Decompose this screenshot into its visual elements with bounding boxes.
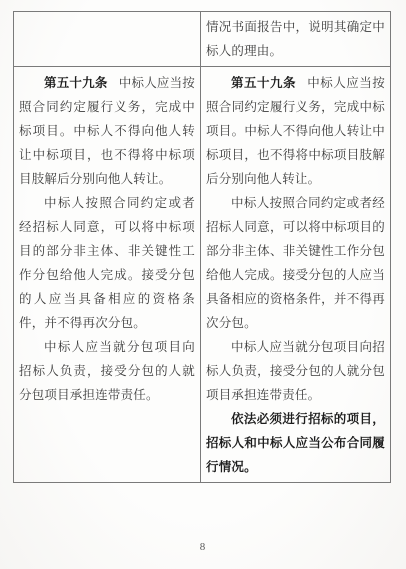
cell-right-continuation: 情况书面报告中，说明其确定中标人的理由。 [201,12,391,67]
paragraph-text: 中标人应当按照合同约定履行义务，完成中标项目。中标人不得向他人转让中标项目，也不… [206,76,385,186]
cell-right-article-59: 第五十九条中标人应当按照合同约定履行义务，完成中标项目。中标人不得向他人转让中标… [201,67,391,483]
article-number: 第五十九条 [231,76,296,90]
article-paragraph: 中标人按照合同约定或者经招标人同意，可以将中标项目的部分非主体、非关键性工作分包… [206,191,385,335]
law-comparison-table: 情况书面报告中，说明其确定中标人的理由。 第五十九条中标人应当按照合同约定履行义… [13,11,391,483]
table-row-continuation: 情况书面报告中，说明其确定中标人的理由。 [14,12,391,67]
page-number: 8 [0,541,406,553]
article-paragraph: 中标人应当就分包项目向招标人负责，接受分包的人就分包项目承担连带责任。 [206,335,385,407]
cell-left-article-59: 第五十九条中标人应当按照合同约定履行义务，完成中标项目。中标人不得向他人转让中标… [14,67,201,483]
scanned-document-page: 情况书面报告中，说明其确定中标人的理由。 第五十九条中标人应当按照合同约定履行义… [0,0,406,569]
article-paragraph: 中标人按照合同约定或者经招标人同意，可以将中标项目的部分非主体、非关键性工作分包… [19,191,195,335]
paragraph-text: 中标人应当按照合同约定履行义务，完成中标项目。中标人不得向他人转让中标项目，也不… [19,76,195,186]
article-paragraph: 第五十九条中标人应当按照合同约定履行义务，完成中标项目。中标人不得向他人转让中标… [206,71,385,191]
article-paragraph: 第五十九条中标人应当按照合同约定履行义务，完成中标项目。中标人不得向他人转让中标… [19,71,195,191]
table-row-article-59: 第五十九条中标人应当按照合同约定履行义务，完成中标项目。中标人不得向他人转让中标… [14,67,391,483]
cell-left-empty [14,12,201,67]
continuation-text: 情况书面报告中，说明其确定中标人的理由。 [206,15,385,63]
article-paragraph-added-bold: 依法必须进行招标的项目，招标人和中标人应当公布合同履行情况。 [206,407,385,479]
article-paragraph: 中标人应当就分包项目向招标人负责，接受分包的人就分包项目承担连带责任。 [19,335,195,407]
article-number: 第五十九条 [44,76,108,90]
